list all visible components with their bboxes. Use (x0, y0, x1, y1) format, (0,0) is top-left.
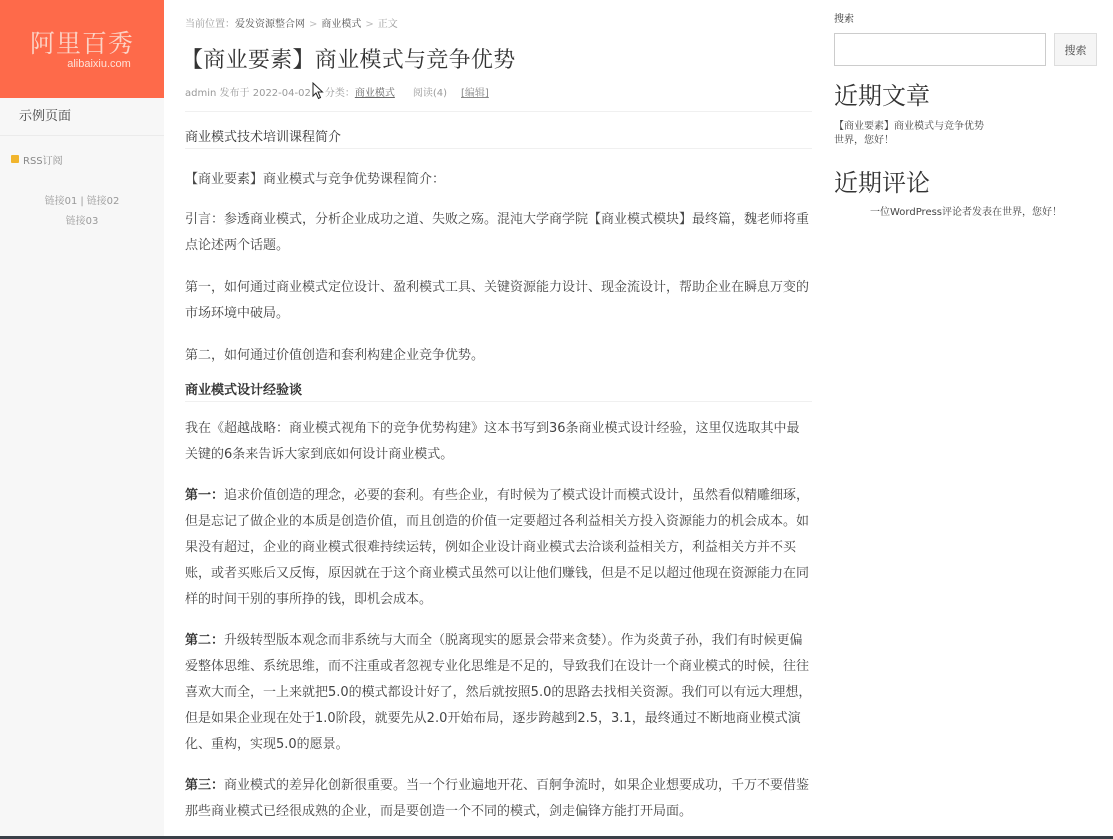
section-intro: 我在《超越战略：商业模式视角下的竞争优势构建》这本书写到36条商业模式设计经验，… (185, 416, 812, 468)
article-paragraph: 第一，如何通过商业模式定位设计、盈利模式工具、关键资源能力设计、现金流设计，帮助… (185, 275, 812, 327)
recent-posts-title: 近期文章 (834, 81, 1099, 111)
logo-domain-text: alibaixiu.com (67, 58, 131, 71)
main-content: 当前位置：爱发资源整合网>商业模式>正文 【商业要素】商业模式与竞争优势 adm… (185, 0, 812, 825)
point-label: 第一： (185, 488, 224, 503)
search-label: 搜索 (834, 13, 1099, 27)
link-01[interactable]: 链接01 (45, 196, 78, 207)
meta-date: 2022-04-02 (253, 88, 311, 99)
point-text: 商业模式的差异化创新很重要。当一个行业遍地开花、百舸争流时，如果企业想要成功，千… (185, 778, 809, 819)
breadcrumb-category[interactable]: 商业模式 (321, 19, 361, 30)
logo-chinese-text: 阿里百秀 (30, 30, 134, 58)
breadcrumb-prefix: 当前位置： (185, 19, 235, 30)
article-paragraph: 引言：参透商业模式，分析企业成功之道、失败之殇。混沌大学商学院【商业模式模块】最… (185, 207, 812, 259)
article-meta: admin 发布于 2022-04-02分类：商业模式阅读(4)[编辑] (185, 87, 812, 101)
rss-subscribe-link[interactable]: RSS订阅 (0, 152, 164, 166)
mouse-cursor-icon (312, 82, 324, 100)
recent-comments-list: 一位WordPress评论者发表在世界，您好！ (834, 207, 1094, 219)
rss-label: RSS订阅 (23, 152, 63, 167)
article-paragraph: 【商业要素】商业模式与竞争优势课程简介： (185, 167, 812, 193)
point-paragraph-1: 第一：追求价值创造的理念，必要的套利。有些企业，有时候为了模式设计而模式设计，虽… (185, 483, 812, 613)
meta-category-prefix: 分类： (325, 88, 355, 99)
search-input[interactable] (834, 33, 1046, 66)
recent-comments-title: 近期评论 (834, 168, 1099, 198)
meta-author: admin (185, 88, 216, 99)
friend-links: 链接01|链接02 链接03 (0, 192, 164, 232)
link-separator: | (80, 196, 83, 207)
page: 阿里百秀 alibaixiu.com 示例页面 RSS订阅 链接01|链接02 … (0, 0, 1113, 839)
meta-views: 阅读(4) (413, 88, 447, 99)
point-label: 第三： (185, 778, 224, 793)
article-title: 【商业要素】商业模式与竞争优势 (181, 46, 812, 76)
link-02[interactable]: 链接02 (87, 196, 120, 207)
recent-posts-list: 【商业要素】商业模式与竞争优势 世界，您好！ (834, 120, 1099, 148)
meta-category-link[interactable]: 商业模式 (355, 88, 395, 99)
rss-square-icon (11, 155, 19, 163)
link-03[interactable]: 链接03 (66, 216, 99, 227)
point-text: 追求价值创造的理念，必要的套利。有些企业，有时候为了模式设计而模式设计，虽然看似… (185, 488, 809, 607)
breadcrumb-separator: > (365, 19, 373, 30)
article-paragraph: 第二，如何通过价值创造和套利构建企业竞争优势。 (185, 343, 812, 369)
meta-published-prefix: 发布于 (220, 88, 250, 99)
left-sidebar: 阿里百秀 alibaixiu.com 示例页面 RSS订阅 链接01|链接02 … (0, 0, 164, 839)
point-paragraph-3: 第三：商业模式的差异化创新很重要。当一个行业遍地开花、百舸争流时，如果企业想要成… (185, 773, 812, 825)
point-text: 升级转型版本观念而非系统与大而全（脱离现实的愿景会带来贪婪）。作为炎黄子孙，我们… (185, 633, 811, 752)
meta-edit-link[interactable]: [编辑] (461, 88, 489, 99)
recent-comment-link[interactable]: 一位WordPress评论者发表在世界，您好！ (870, 207, 1062, 218)
recent-post-link[interactable]: 【商业要素】商业模式与竞争优势 (834, 121, 984, 132)
search-form: 搜索 (834, 33, 1099, 66)
nav-item-sample-page[interactable]: 示例页面 (0, 98, 164, 136)
meta-divider (185, 111, 812, 112)
breadcrumb-home[interactable]: 爱发资源整合网 (235, 19, 305, 30)
site-logo[interactable]: 阿里百秀 alibaixiu.com (0, 0, 164, 98)
breadcrumb: 当前位置：爱发资源整合网>商业模式>正文 (185, 18, 812, 32)
point-paragraph-2: 第二：升级转型版本观念而非系统与大而全（脱离现实的愿景会带来贪婪）。作为炎黄子孙… (185, 628, 812, 758)
search-button[interactable]: 搜索 (1054, 33, 1097, 66)
right-sidebar: 搜索 搜索 近期文章 【商业要素】商业模式与竞争优势 世界，您好！ 近期评论 一… (834, 0, 1099, 219)
breadcrumb-separator: > (309, 19, 317, 30)
recent-post-link[interactable]: 世界，您好！ (834, 135, 894, 146)
intro-heading: 商业模式技术培训课程简介 (185, 128, 812, 149)
point-label: 第二： (185, 633, 224, 648)
breadcrumb-current: 正文 (378, 19, 398, 30)
section-heading: 商业模式设计经验谈 (185, 381, 812, 402)
